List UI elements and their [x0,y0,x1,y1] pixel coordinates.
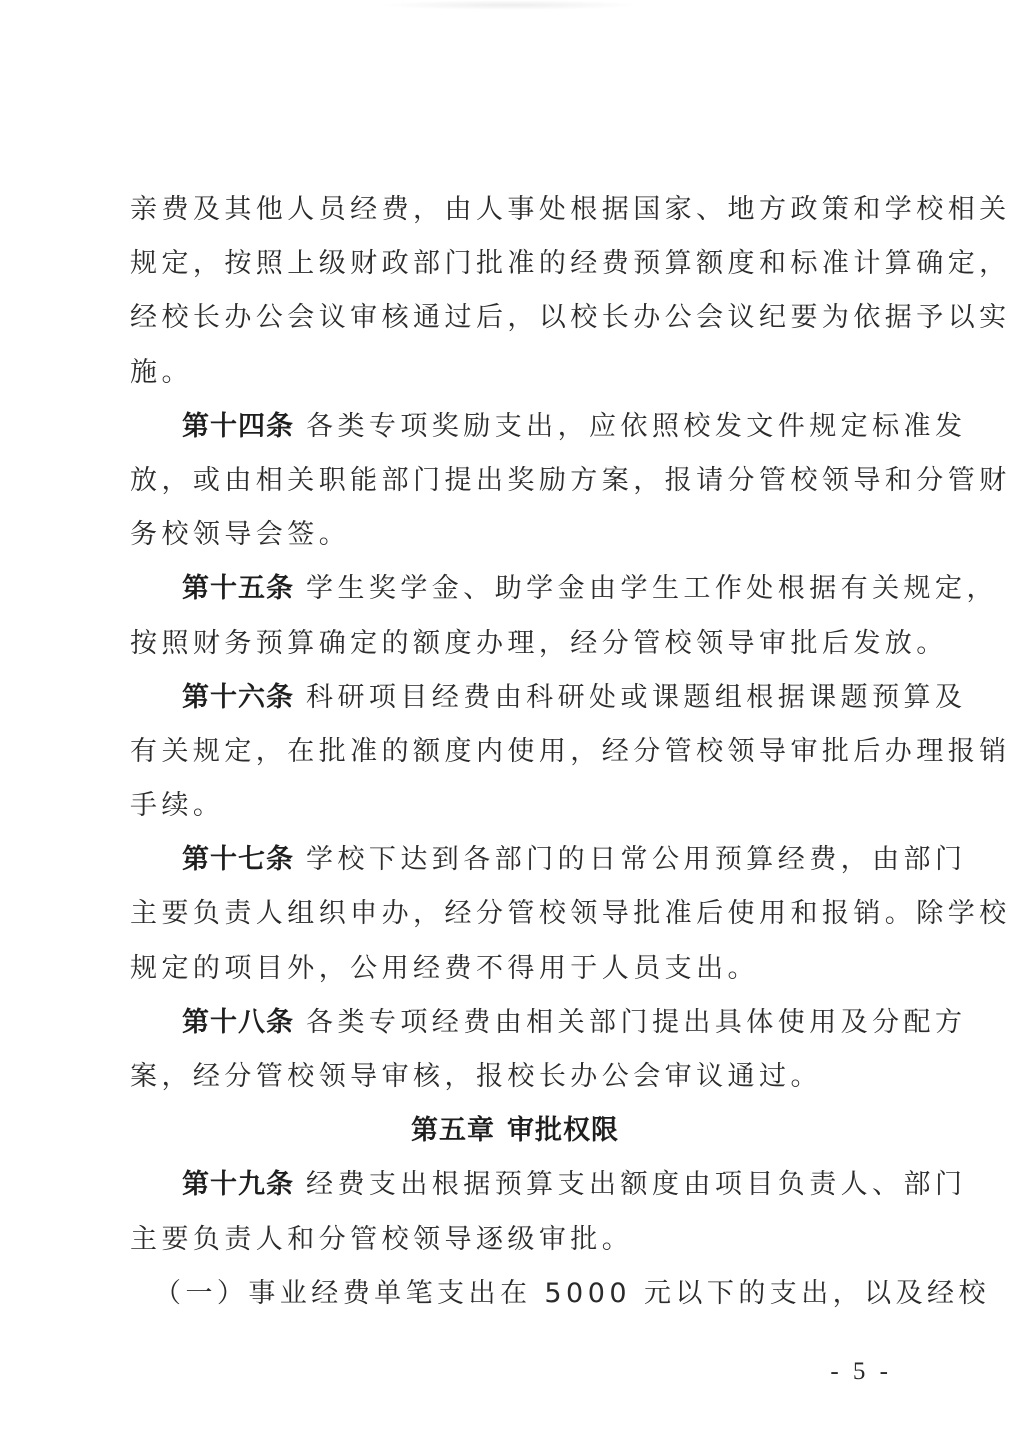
text-line: 亲费及其他人员经费，由人事处根据国家、地方政策和学校相关 [130,183,890,237]
article-text: 各类专项奖励支出，应依照校发文件规定标准发 [306,411,966,442]
article-label: 第十四条 [182,411,294,442]
paragraph-article-17: 第十七条学校下达到各部门的日常公用预算经费，由部门 主要负责人组织申办，经分管校… [130,833,890,996]
text-line: 经校长办公会议审核通过后，以校长办公会议纪要为依据予以实 [130,291,890,345]
paragraph-article-13-continued: 亲费及其他人员经费，由人事处根据国家、地方政策和学校相关 规定，按照上级财政部门… [130,183,890,400]
paragraph-article-15: 第十五条学生奖学金、助学金由学生工作处根据有关规定， 按照财务预算确定的额度办理… [130,562,890,670]
article-text: 科研项目经费由科研处或课题组根据课题预算及 [306,682,966,713]
text-line-first: 第十四条各类专项奖励支出，应依照校发文件规定标准发 [130,400,890,454]
text-line: 主要负责人组织申办，经分管校领导批准后使用和报销。除学校 [130,887,890,941]
text-line: 务校领导会签。 [130,508,890,562]
text-line: 手续。 [130,779,890,833]
text-line: 规定的项目外，公用经费不得用于人员支出。 [130,942,890,996]
article-text: 学生奖学金、助学金由学生工作处根据有关规定， [306,573,998,604]
text-line: 有关规定，在批准的额度内使用，经分管校领导审批后办理报销 [130,725,890,779]
article-label: 第十五条 [182,573,294,604]
scan-artifact [380,0,640,10]
article-label: 第十八条 [182,1007,294,1038]
text-line-first: 第十八条各类专项经费由相关部门提出具体使用及分配方 [130,996,890,1050]
article-text: 各类专项经费由相关部门提出具体使用及分配方 [306,1007,966,1038]
text-line: 案，经分管校领导审核，报校长办公会审议通过。 [130,1050,890,1104]
chapter-number: 第五章 [411,1115,495,1146]
page-number: - 5 - [830,1358,892,1386]
document-page: 亲费及其他人员经费，由人事处根据国家、地方政策和学校相关 规定，按照上级财政部门… [130,183,890,1321]
text-line-first: （一）事业经费单笔支出在 5000 元以下的支出，以及经校 [130,1267,890,1321]
article-label: 第十九条 [182,1169,294,1200]
article-text: 学校下达到各部门的日常公用预算经费，由部门 [306,844,966,875]
text-line-first: 第十六条科研项目经费由科研处或课题组根据课题预算及 [130,671,890,725]
paragraph-article-19: 第十九条经费支出根据预算支出额度由项目负责人、部门 主要负责人和分管校领导逐级审… [130,1158,890,1266]
article-text: 经费支出根据预算支出额度由项目负责人、部门 [306,1169,966,1200]
text-line: 规定，按照上级财政部门批准的经费预算额度和标准计算确定， [130,237,890,291]
text-line: 主要负责人和分管校领导逐级审批。 [130,1213,890,1267]
text-line-first: 第十九条经费支出根据预算支出额度由项目负责人、部门 [130,1158,890,1212]
paragraph-item-1: （一）事业经费单笔支出在 5000 元以下的支出，以及经校 [130,1267,890,1321]
text-line-first: 第十五条学生奖学金、助学金由学生工作处根据有关规定， [130,562,890,616]
paragraph-article-14: 第十四条各类专项奖励支出，应依照校发文件规定标准发 放，或由相关职能部门提出奖励… [130,400,890,563]
article-label: 第十六条 [182,682,294,713]
chapter-heading: 第五章审批权限 [130,1104,890,1158]
text-line: 施。 [130,346,890,400]
article-label: 第十七条 [182,844,294,875]
text-line: 放，或由相关职能部门提出奖励方案，报请分管校领导和分管财 [130,454,890,508]
paragraph-article-18: 第十八条各类专项经费由相关部门提出具体使用及分配方 案，经分管校领导审核，报校长… [130,996,890,1104]
text-line-first: 第十七条学校下达到各部门的日常公用预算经费，由部门 [130,833,890,887]
chapter-title: 审批权限 [507,1115,619,1146]
paragraph-article-16: 第十六条科研项目经费由科研处或课题组根据课题预算及 有关规定，在批准的额度内使用… [130,671,890,834]
text-line: 按照财务预算确定的额度办理，经分管校领导审批后发放。 [130,617,890,671]
